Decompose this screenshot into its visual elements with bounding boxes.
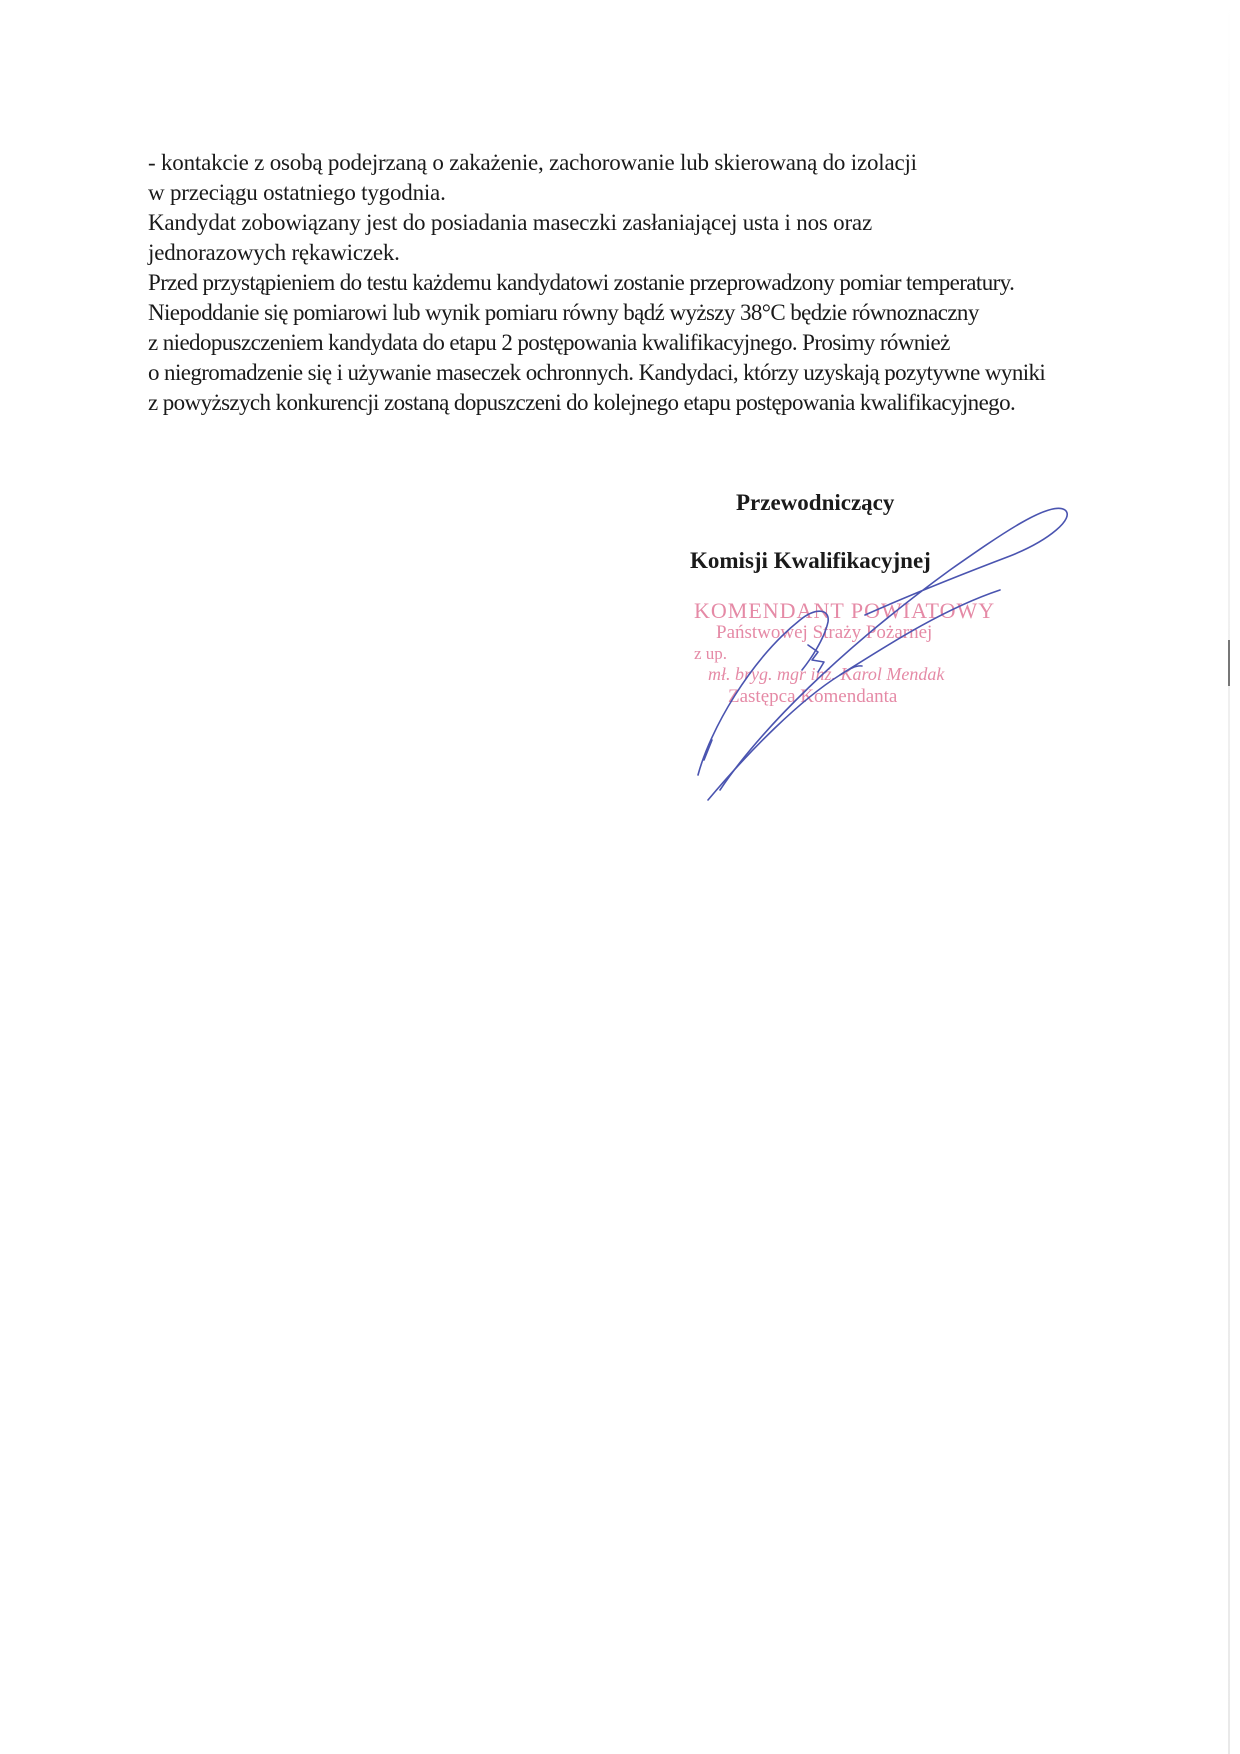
paragraph-temperature-check: Przed przystąpieniem do testu każdemu ka…	[148, 268, 1096, 418]
text-line: z niedopuszczeniem kandydata do etapu 2 …	[148, 330, 950, 355]
text-line: w przeciągu ostatniego tygodnia.	[148, 180, 446, 205]
paragraph-mask-requirement: Kandydat zobowiązany jest do posiadania …	[148, 208, 1096, 268]
text-line: o niegromadzenie się i używanie maseczek…	[148, 360, 1045, 385]
stamp-line-position: Zastępca Komendanta	[728, 686, 897, 708]
text-line: z powyższych konkurencji zostaną dopuszc…	[148, 390, 1015, 415]
text-line: Niepoddanie się pomiarowi lub wynik pomi…	[148, 300, 979, 325]
scan-edge-mark	[1228, 640, 1230, 686]
stamp-line-office: KOMENDANT POWIATOWY	[694, 598, 995, 624]
signatory-committee: Komisji Kwalifikacyjnej	[690, 548, 931, 574]
document-page: - kontakcie z osobą podejrzaną o zakażen…	[0, 0, 1240, 1754]
text-line: Kandydat zobowiązany jest do posiadania …	[148, 210, 872, 235]
scan-edge-line	[1228, 0, 1230, 1754]
text-line: Przed przystąpieniem do testu każdemu ka…	[148, 270, 1014, 295]
stamp-line-on-behalf: z up.	[694, 644, 727, 664]
signature-block: Przewodniczący Komisji Kwalifikacyjnej K…	[690, 490, 1110, 810]
text-line: - kontakcie z osobą podejrzaną o zakażen…	[148, 150, 917, 175]
signatory-title: Przewodniczący	[736, 490, 894, 516]
stamp-line-name: mł. bryg. mgr inż. Karol Mendak	[708, 664, 944, 685]
paragraph-contact-condition: - kontakcie z osobą podejrzaną o zakażen…	[148, 148, 1096, 208]
stamp-line-institution: Państwowej Straży Pożarnej	[716, 622, 932, 644]
handwritten-signature-icon	[690, 490, 1110, 810]
document-body: - kontakcie z osobą podejrzaną o zakażen…	[148, 148, 1096, 418]
text-line: jednorazowych rękawiczek.	[148, 240, 400, 265]
